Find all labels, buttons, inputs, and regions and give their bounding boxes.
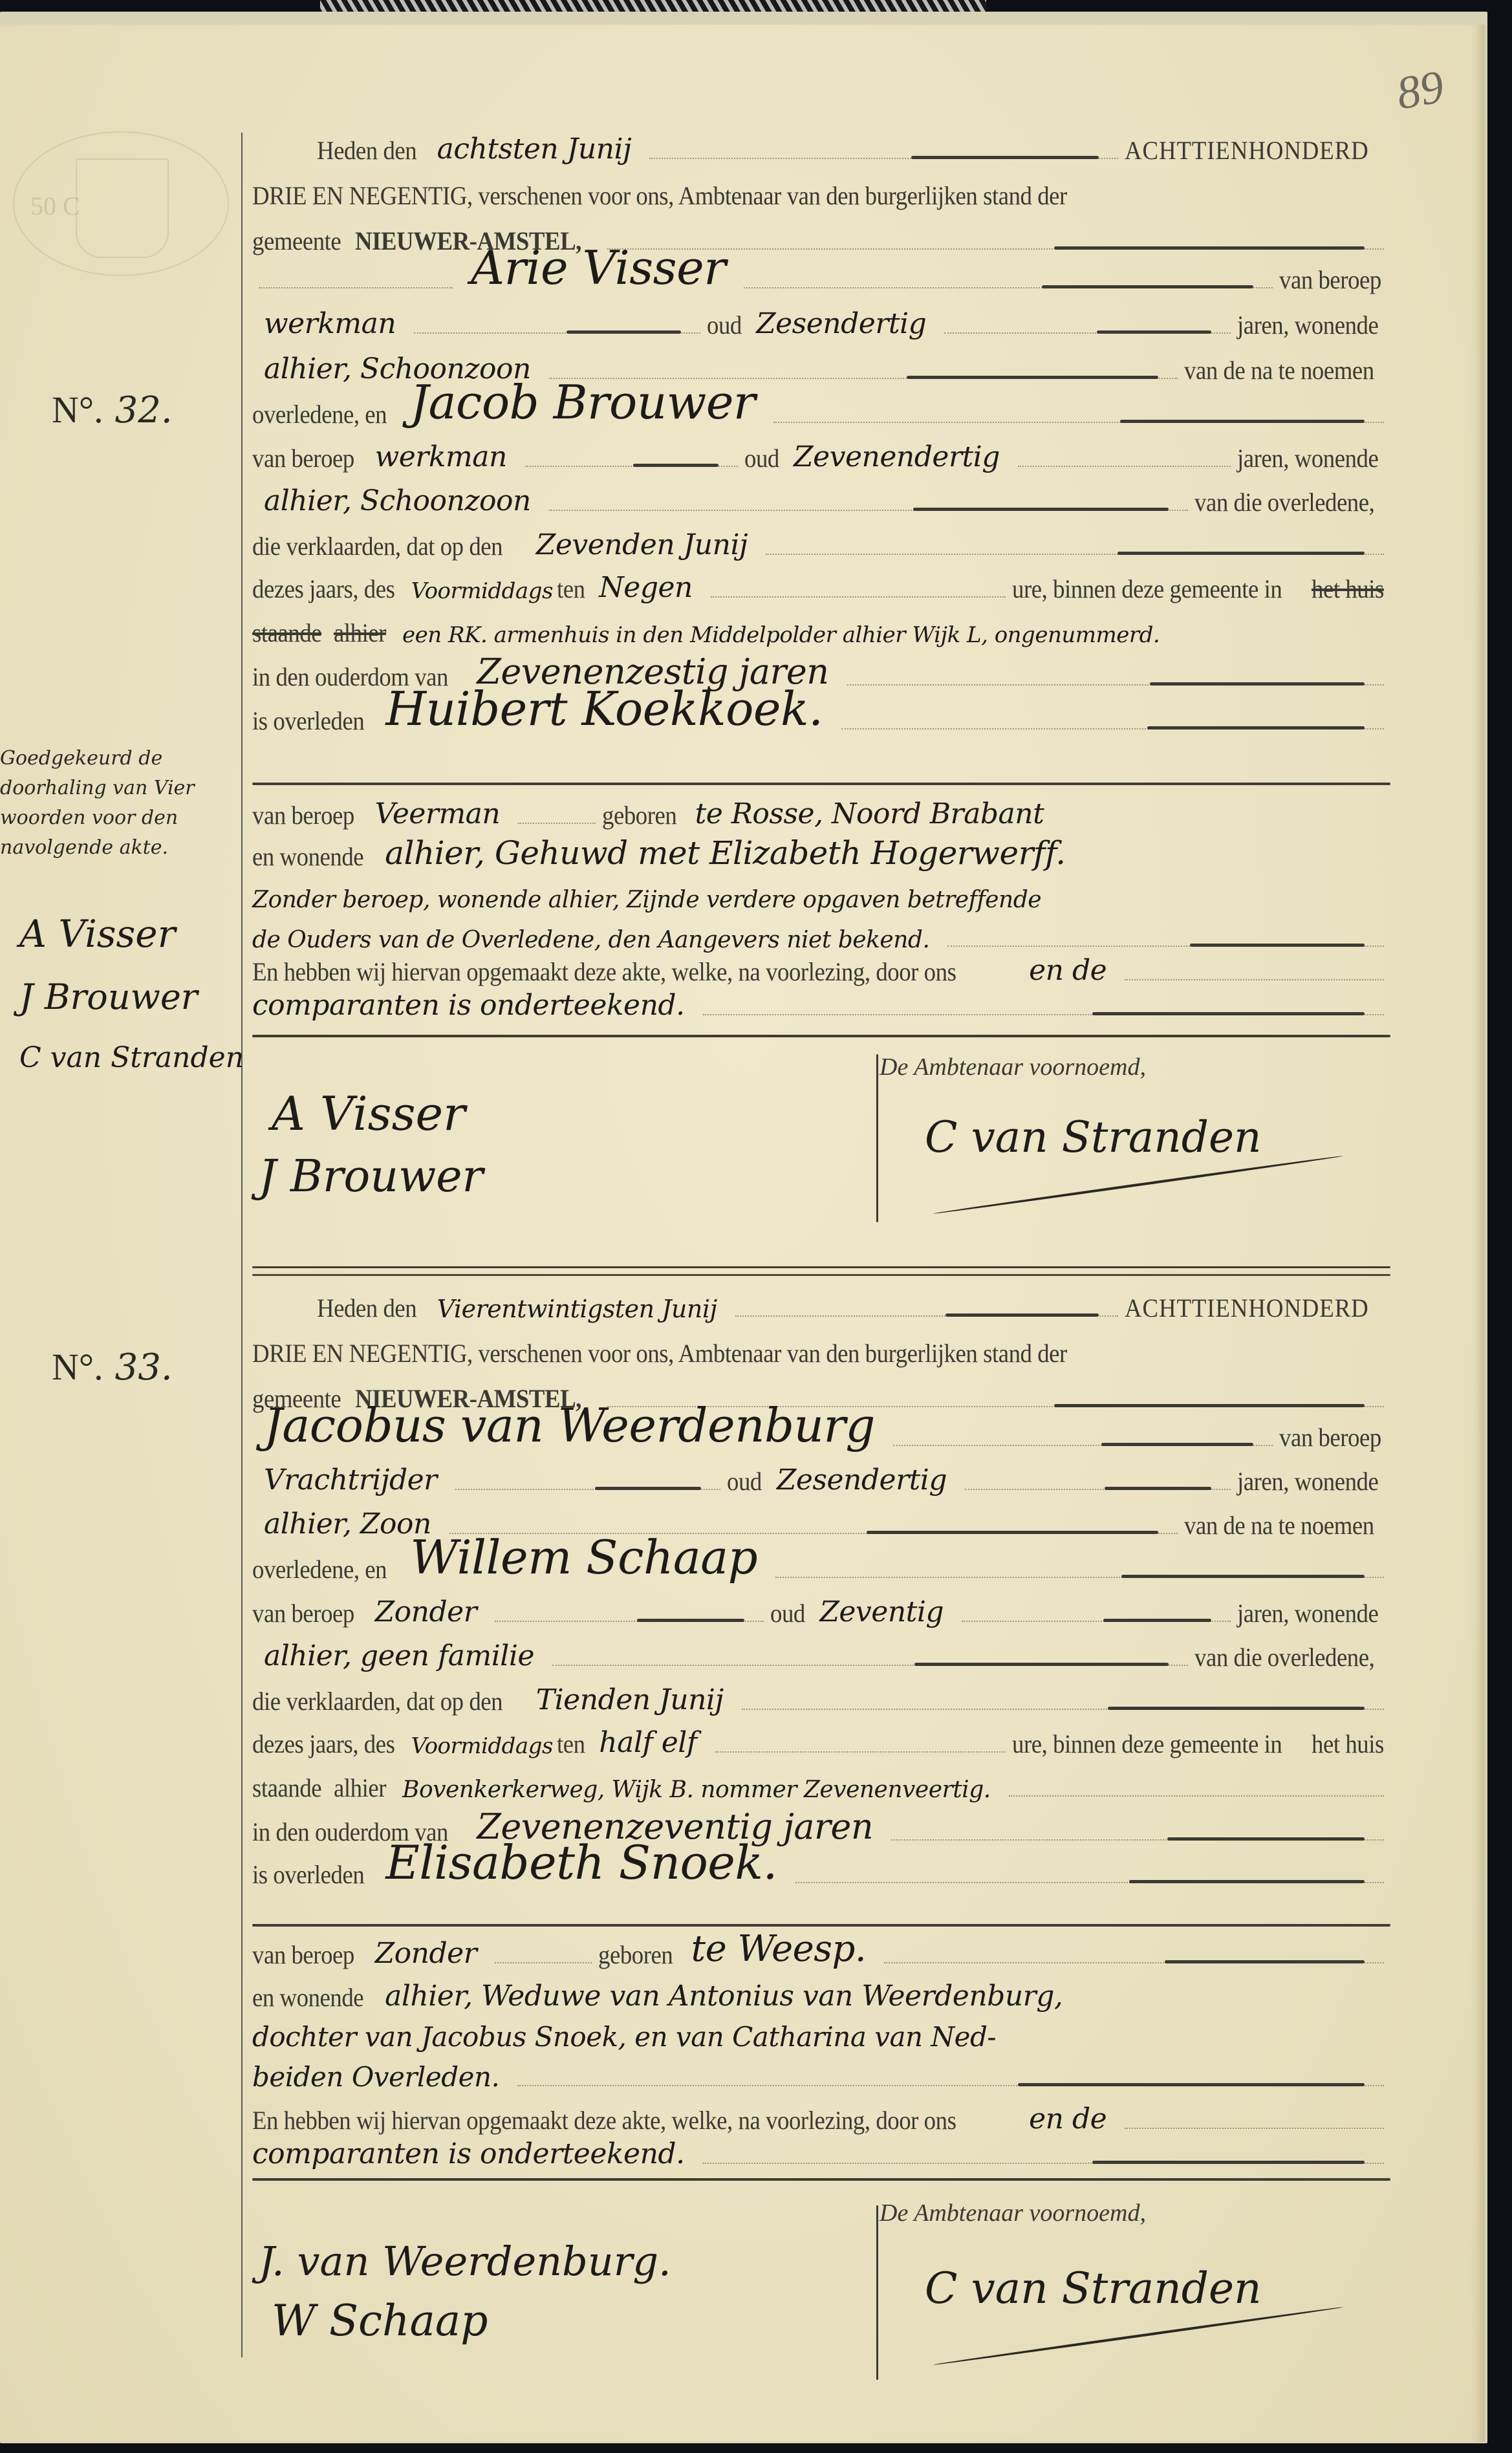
form-line-closing-2: comparanten is onderteekend. (252, 986, 1390, 1022)
form-line-deceased: is overleden Huibert Koekkoek. (252, 700, 1390, 736)
margin-signature: C van Stranden (19, 1041, 244, 1074)
form-line-wonende: en wonende alhier, Weduwe van Antonius v… (252, 1976, 1390, 2013)
form-line-date: Heden den achtsten Junij ACHTTIENHONDERD (310, 129, 1390, 166)
signature-declarant-1: J. van Weerdenburg. (259, 2238, 671, 2285)
form-line-place: staande alhier Bovenkerkerweg, Wijk B. n… (252, 1767, 1390, 1803)
place-of-death: Bovenkerkerweg, Wijk B. nommer Zevenenve… (402, 1777, 991, 1803)
form-line-occupation-age-2: van beroep Zonder oud Zeventig jaren, wo… (252, 1592, 1390, 1628)
form-line-wonende: en wonende alhier, Gehuwd met Elizabeth … (252, 836, 1390, 872)
hour: half elf (599, 1726, 697, 1759)
form-line-date: Heden den Vierentwintigsten Junij ACHTTI… (310, 1287, 1390, 1323)
form-line-extra-1: dochter van Jacobus Snoek, en van Cathar… (252, 2016, 1390, 2053)
margin-rule (241, 133, 243, 2357)
form-line-closing: En hebben wij hiervan opgemaakt deze akt… (252, 951, 1390, 987)
record-number: N°.32. (52, 388, 173, 431)
form-line-closing-2: comparanten is onderteekend. (252, 2134, 1390, 2170)
margin-note: Goedgekeurd de doorhaling van Vier woord… (0, 744, 233, 863)
declarant-1-occupation: werkman (264, 307, 396, 340)
form-line-closing: En hebben wij hiervan opgemaakt deze akt… (252, 2099, 1390, 2135)
signature-brace (876, 2205, 878, 2380)
time-of-day: Voormiddags (411, 1733, 553, 1759)
form-line-declarant-2: overledene, en Jacob Brouwer (252, 393, 1390, 429)
declarant-1-age: Zesendertig (756, 307, 926, 340)
declarant-1-name: Arie Visser (471, 241, 726, 295)
hour: Negen (599, 571, 693, 604)
embossed-stamp: 50 C (13, 131, 229, 276)
number-value: 33. (115, 1346, 173, 1389)
declarant-1-name: Jacobus van Weerdenburg (264, 1398, 875, 1453)
form-line-place: staande alhier een RK. armenhuis in den … (252, 612, 1390, 648)
handwritten-date: achtsten Junij (437, 133, 632, 166)
form-line-extra-1: Zonder beroep, wonende alhier, Zijnde ve… (252, 877, 1390, 913)
signature-official: C van Stranden (925, 2264, 1262, 2313)
time-of-day: Voormiddags (411, 578, 553, 604)
handwritten-date: Vierentwintigsten Junij (437, 1295, 717, 1323)
form-line-time: dezes jaars, des Voormiddags ten half el… (252, 1723, 1390, 1759)
official-label: De Ambtenaar voornoemd, (880, 2199, 1146, 2227)
declarant-2-name: Jacob Brouwer (410, 375, 755, 429)
form-line-death-date: die verklaarden, dat op den Tienden Juni… (252, 1680, 1390, 1716)
declarant-2-occupation: Zonder (375, 1595, 477, 1628)
form-line-year: DRIE EN NEGENTIG, verschenen voor ons, A… (252, 1332, 1390, 1368)
signature-declarant-1: A Visser (272, 1086, 466, 1141)
declarant-2-name: Willem Schaap (410, 1530, 757, 1584)
stamp-shield-icon (76, 158, 169, 258)
form-line-time: dezes jaars, des Voormiddags ten Negen u… (252, 568, 1390, 604)
stamp-value: 50 C (30, 191, 80, 221)
signature-declarant-2: W Schaap (272, 2296, 488, 2346)
declarant-2-residence: alhier, Schoonzoon (264, 484, 531, 517)
form-line-gemeente: gemeente NIEUWER-AMSTEL, (252, 220, 1390, 256)
form-line-extra-2: beiden Overleden. (252, 2057, 1390, 2093)
declarant-2-occupation: werkman (375, 440, 507, 473)
declarant-1-residence: alhier, Zoon (264, 1507, 431, 1540)
signature-official: C van Stranden (925, 1112, 1262, 1162)
deceased-name: Huibert Koekkoek. (385, 682, 823, 736)
death-date: Tienden Junij (536, 1683, 724, 1716)
signature-brace (876, 1054, 878, 1222)
margin-signature: J Brouwer (19, 977, 198, 1017)
deceased-occupation: Veerman (375, 797, 501, 830)
form-line-declarant-2: overledene, en Willem Schaap (252, 1548, 1390, 1584)
form-line-occupation-age: werkman oud Zesendertig jaren, wonende (252, 304, 1390, 340)
signature-declarant-2: J Brouwer (259, 1151, 483, 1202)
form-line-residence-2: alhier, geen familie van die overledene, (252, 1636, 1390, 1672)
deceased-name: Elisabeth Snoek. (385, 1835, 777, 1890)
declarant-1-age: Zesendertig (777, 1464, 947, 1497)
birthplace: te Weesp. (691, 1928, 867, 1970)
section-divider (252, 1924, 1390, 1927)
form-line-death-date: die verklaarden, dat op den Zevenden Jun… (252, 525, 1390, 561)
form-line-occupation-age-2: van beroep werkman oud Zevenendertig jar… (252, 437, 1390, 473)
official-label: De Ambtenaar voornoemd, (880, 1053, 1146, 1081)
place-of-death: een RK. armenhuis in den Middelpolder al… (402, 622, 1160, 648)
declarant-2-age: Zevenendertig (794, 440, 1000, 473)
form-line-declarant-1: Jacobus van Weerdenburg van beroep (252, 1416, 1390, 1453)
residence-and-spouse: alhier, Gehuwd met Elizabeth Hogerwerff. (385, 834, 1065, 872)
section-divider (252, 1035, 1390, 1037)
birthplace: te Rosse, Noord Brabant (695, 797, 1044, 830)
number-label: N°. (52, 389, 103, 431)
form-line-occupation-age: Vrachtrijder oud Zesendertig jaren, wone… (252, 1460, 1390, 1497)
form-line-declarant-1: Arie Visser van beroep (252, 259, 1390, 295)
deceased-occupation: Zonder (375, 1937, 477, 1970)
form-line-deceased: is overleden Elisabeth Snoek. (252, 1853, 1390, 1890)
form-line-residence-2: alhier, Schoonzoon van die overledene, (252, 481, 1390, 517)
declarant-1-occupation: Vrachtrijder (264, 1464, 437, 1497)
record-number: N°.33. (52, 1345, 173, 1389)
form-line-birth: van beroep Zonder geboren te Weesp. (252, 1934, 1390, 1970)
death-date: Zevenden Junij (536, 528, 748, 561)
margin-signature: A Visser (19, 912, 175, 956)
declarant-2-age: Zeventig (819, 1595, 944, 1628)
form-line-year: DRIE EN NEGENTIG, verschenen voor ons, A… (252, 175, 1390, 211)
section-divider (252, 2178, 1390, 2181)
record-separator (252, 1266, 1390, 1268)
number-value: 32. (115, 389, 173, 431)
page-number: 89 (1392, 59, 1447, 120)
residence-and-spouse: alhier, Weduwe van Antonius van Weerdenb… (385, 1980, 1063, 2013)
declarant-2-residence: alhier, geen familie (264, 1639, 534, 1672)
form-line-birth: van beroep Veerman geboren te Rosse, Noo… (252, 794, 1390, 830)
form-line-extra-2: de Ouders van de Overledene, den Aangeve… (252, 917, 1390, 953)
number-label: N°. (52, 1346, 103, 1388)
section-divider (252, 783, 1390, 785)
